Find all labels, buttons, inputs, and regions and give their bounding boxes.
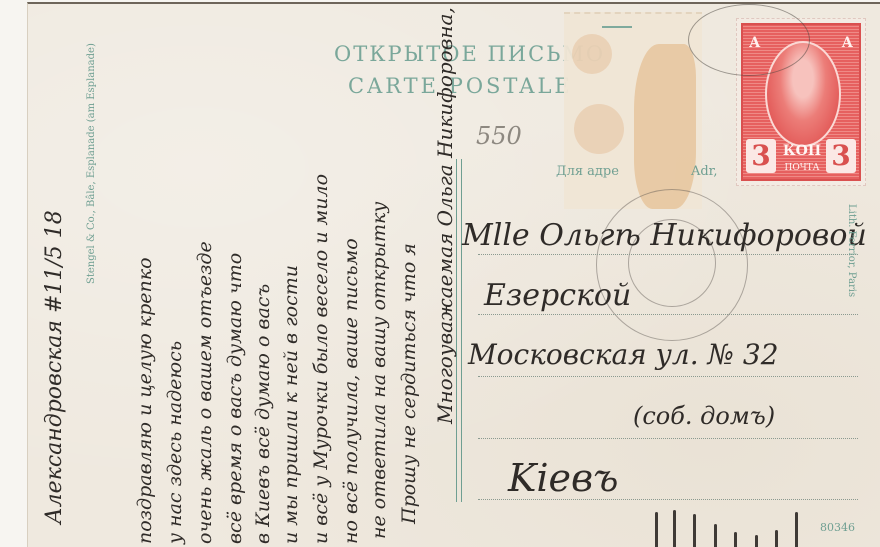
message-line: но всё получила, ваше письмо <box>340 238 362 544</box>
message-line: всё время о васъ думаю что <box>224 253 246 544</box>
cancel-bar <box>655 512 658 547</box>
message-line: поздравляю и целую крепко <box>134 257 156 544</box>
message-signature-date: Александровская #11/5 18 <box>42 210 67 524</box>
message-line: и мы пришли к ней в гости <box>280 265 302 544</box>
postcard: ОТКРЫТОЕ ПИСЬМО CARTE POSTALE Для адреAd… <box>27 2 880 547</box>
postmark-partial <box>688 4 810 76</box>
stamp-currency: КОП <box>779 143 825 159</box>
address-line <box>478 376 858 377</box>
message-line: Многоуважаемая Ольга Никифоровна, <box>433 7 457 424</box>
stamp-stain <box>564 12 702 209</box>
message-line: у нас здесь надеюсь <box>164 341 186 544</box>
cancel-bar <box>775 530 778 547</box>
cancel-bar <box>693 514 696 547</box>
address-label-fr: Adr, <box>691 164 718 179</box>
stain-spot <box>574 104 624 154</box>
address-note: (соб. домъ) <box>633 402 775 430</box>
pencil-note: 550 <box>476 122 522 150</box>
cancel-bar <box>714 524 717 547</box>
address-line <box>478 438 858 439</box>
address-line <box>478 254 858 255</box>
cancel-bar <box>755 535 758 547</box>
stain-patch <box>634 44 696 209</box>
address-street: Московская ул. № 32 <box>468 338 779 371</box>
message-line: не ответила на вашу открытку <box>368 202 390 539</box>
stain-spot <box>572 34 612 74</box>
address-city: Kiевъ <box>508 456 618 500</box>
address-label-ru: Для адре <box>556 164 619 179</box>
catalog-number: 80346 <box>820 521 855 534</box>
stamp-label: ПОЧТА <box>779 163 825 173</box>
message-line: в Киевъ всё думаю о васъ <box>252 284 274 544</box>
message-line: Прошу не сердиться что я <box>398 243 420 524</box>
printed-mark <box>602 26 632 34</box>
address-line <box>478 314 858 315</box>
stamp-value: 3 <box>746 139 776 173</box>
cancel-bar <box>673 510 676 547</box>
publisher-imprint-left: Stengel & Co., Bâle, Esplanade (am Espla… <box>86 43 97 284</box>
cancel-bar <box>734 532 737 547</box>
stamp-corner-letter: А <box>842 35 853 51</box>
address-label: Для адреAdr, <box>556 164 718 179</box>
message-line: очень жаль о вашем отъезде <box>194 241 216 544</box>
cancel-bar <box>795 512 798 547</box>
stamp-value: 3 <box>826 139 856 173</box>
message-line: и всё у Мурочки было весело и мило <box>310 174 332 544</box>
address-line-2: Езерской <box>484 278 631 313</box>
address-recipient: Mlle Ольгѣ Никифоровой <box>462 218 867 253</box>
header-title-fr: CARTE POSTALE <box>348 74 573 98</box>
publisher-imprint-right: Lith. Ferrior, Paris <box>846 204 857 297</box>
